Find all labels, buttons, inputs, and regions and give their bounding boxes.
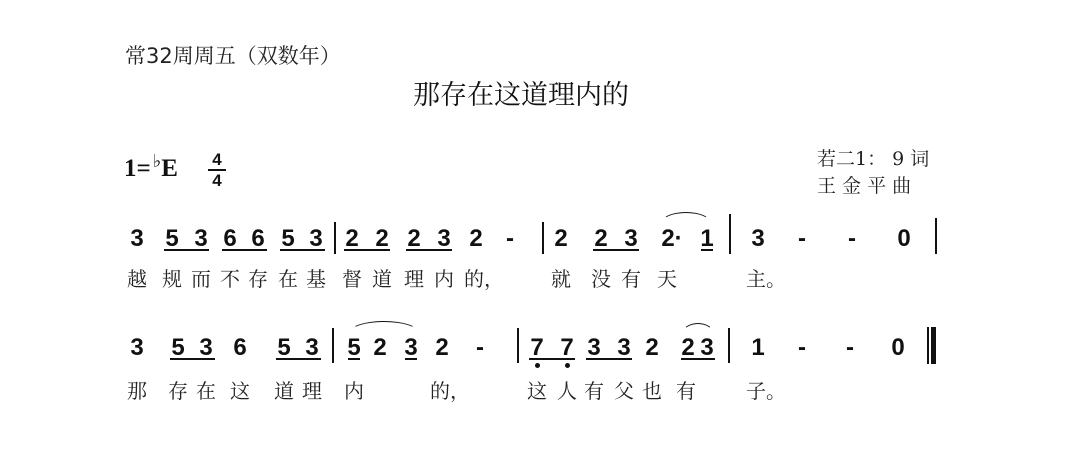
lyric: 没 <box>591 263 611 292</box>
lyric: 主。 <box>746 263 786 292</box>
lyric: 有 <box>621 263 641 292</box>
note: 3 <box>130 227 143 251</box>
time-sig-top: 4 <box>207 151 227 168</box>
dash: - <box>798 227 806 251</box>
underline-beam <box>276 358 321 360</box>
note: 2 <box>435 336 448 360</box>
bar-line <box>729 214 731 254</box>
lyric: 而 <box>191 263 211 292</box>
underline-beam <box>586 358 632 360</box>
note: 1 <box>751 336 764 360</box>
note: 2 <box>554 227 567 251</box>
note: 5 <box>171 336 184 360</box>
underline-beam <box>681 358 715 360</box>
underline-beam <box>529 358 575 360</box>
lyric: 不 <box>220 263 240 292</box>
subtitle: 常32周周五（双数年） <box>125 40 341 70</box>
underline-beam <box>406 249 452 251</box>
final-bar-thin <box>927 327 929 364</box>
key-letter: E <box>161 155 178 182</box>
note: 2 <box>375 227 388 251</box>
note: 2· <box>661 227 682 251</box>
bar-line <box>517 328 519 363</box>
note: 3 <box>587 336 600 360</box>
note: 3 <box>437 227 450 251</box>
note: 6 <box>233 336 246 360</box>
note: 5 <box>277 336 290 360</box>
lyric: 内 <box>344 375 364 404</box>
underline-beam <box>164 249 209 251</box>
lyric: 督 <box>342 263 362 292</box>
key-signature: 1=♭E <box>124 155 178 183</box>
underline-beam <box>170 358 215 360</box>
note: 7 <box>530 336 543 360</box>
bar-line <box>728 328 730 363</box>
lyric: 也 <box>642 375 662 404</box>
dash: - <box>476 336 484 360</box>
underline-beam <box>344 249 390 251</box>
composer-credit: 王 金 平 曲 <box>817 171 911 198</box>
note: 3 <box>130 336 143 360</box>
bar-line <box>332 328 334 363</box>
note: 6 <box>251 227 264 251</box>
bar-line <box>935 218 937 254</box>
lyric: 理 <box>302 375 322 404</box>
underline-beam <box>348 358 360 360</box>
lyric: 有 <box>584 375 604 404</box>
note: 2 <box>681 336 694 360</box>
note: 5 <box>281 227 294 251</box>
lyric: 父 <box>614 375 634 404</box>
final-bar-thick <box>931 327 936 364</box>
lyric: 就 <box>551 263 571 292</box>
note: 3 <box>624 227 637 251</box>
note: 2 <box>373 336 386 360</box>
rest: 0 <box>897 227 910 251</box>
note: 3 <box>751 227 764 251</box>
lyric: 那 <box>127 375 147 404</box>
lyric: 内 <box>434 263 454 292</box>
note: 3 <box>309 227 322 251</box>
low-octave-dot <box>535 363 540 368</box>
song-title: 那存在这道理内的 <box>413 73 629 112</box>
flat-icon: ♭ <box>153 151 162 171</box>
note: 2 <box>469 227 482 251</box>
note: 3 <box>617 336 630 360</box>
lyric: 理 <box>404 263 424 292</box>
bar-line <box>542 222 544 254</box>
low-octave-dot <box>565 363 570 368</box>
note: 2 <box>594 227 607 251</box>
note: 2 <box>345 227 358 251</box>
note: 5 <box>347 336 360 360</box>
underline-beam <box>280 249 325 251</box>
lyric: 道 <box>274 375 294 404</box>
note: 2 <box>645 336 658 360</box>
lyric: 的， <box>430 375 470 404</box>
note: 2 <box>407 227 420 251</box>
lyrics-credit: 若二1： 9 词 <box>817 144 929 171</box>
note: 5 <box>165 227 178 251</box>
underline-beam <box>222 249 267 251</box>
dash: - <box>798 336 806 360</box>
lyric: 基 <box>306 263 326 292</box>
lyric: 规 <box>162 263 182 292</box>
note: 1 <box>700 227 713 251</box>
note: 3 <box>305 336 318 360</box>
note: 3 <box>404 336 417 360</box>
lyric: 子。 <box>746 375 786 404</box>
note: 3 <box>700 336 713 360</box>
bar-line <box>334 222 336 254</box>
underline-beam <box>593 249 639 251</box>
lyric: 这 <box>230 375 250 404</box>
lyric: 越 <box>127 263 147 292</box>
dash: - <box>846 336 854 360</box>
note: 3 <box>194 227 207 251</box>
lyric: 天 <box>657 263 677 292</box>
dash: - <box>506 227 514 251</box>
lyric: 存 <box>248 263 268 292</box>
dash: - <box>848 227 856 251</box>
lyric: 存 <box>168 375 188 404</box>
note: 6 <box>223 227 236 251</box>
note: 3 <box>199 336 212 360</box>
underline-beam <box>701 249 713 251</box>
lyric: 人 <box>557 375 577 404</box>
lyric: 在 <box>278 263 298 292</box>
slur <box>661 212 711 223</box>
time-sig-bottom: 4 <box>207 172 227 189</box>
slur <box>682 323 714 334</box>
lyric: 的， <box>464 263 504 292</box>
lyric: 这 <box>527 375 547 404</box>
key-prefix: 1= <box>124 155 151 182</box>
lyric: 有 <box>676 375 696 404</box>
time-signature: 4 4 <box>207 151 227 189</box>
slur <box>350 321 418 332</box>
lyric: 在 <box>196 375 216 404</box>
rest: 0 <box>891 336 904 360</box>
note: 7 <box>560 336 573 360</box>
underline-beam <box>405 358 417 360</box>
lyric: 道 <box>372 263 392 292</box>
